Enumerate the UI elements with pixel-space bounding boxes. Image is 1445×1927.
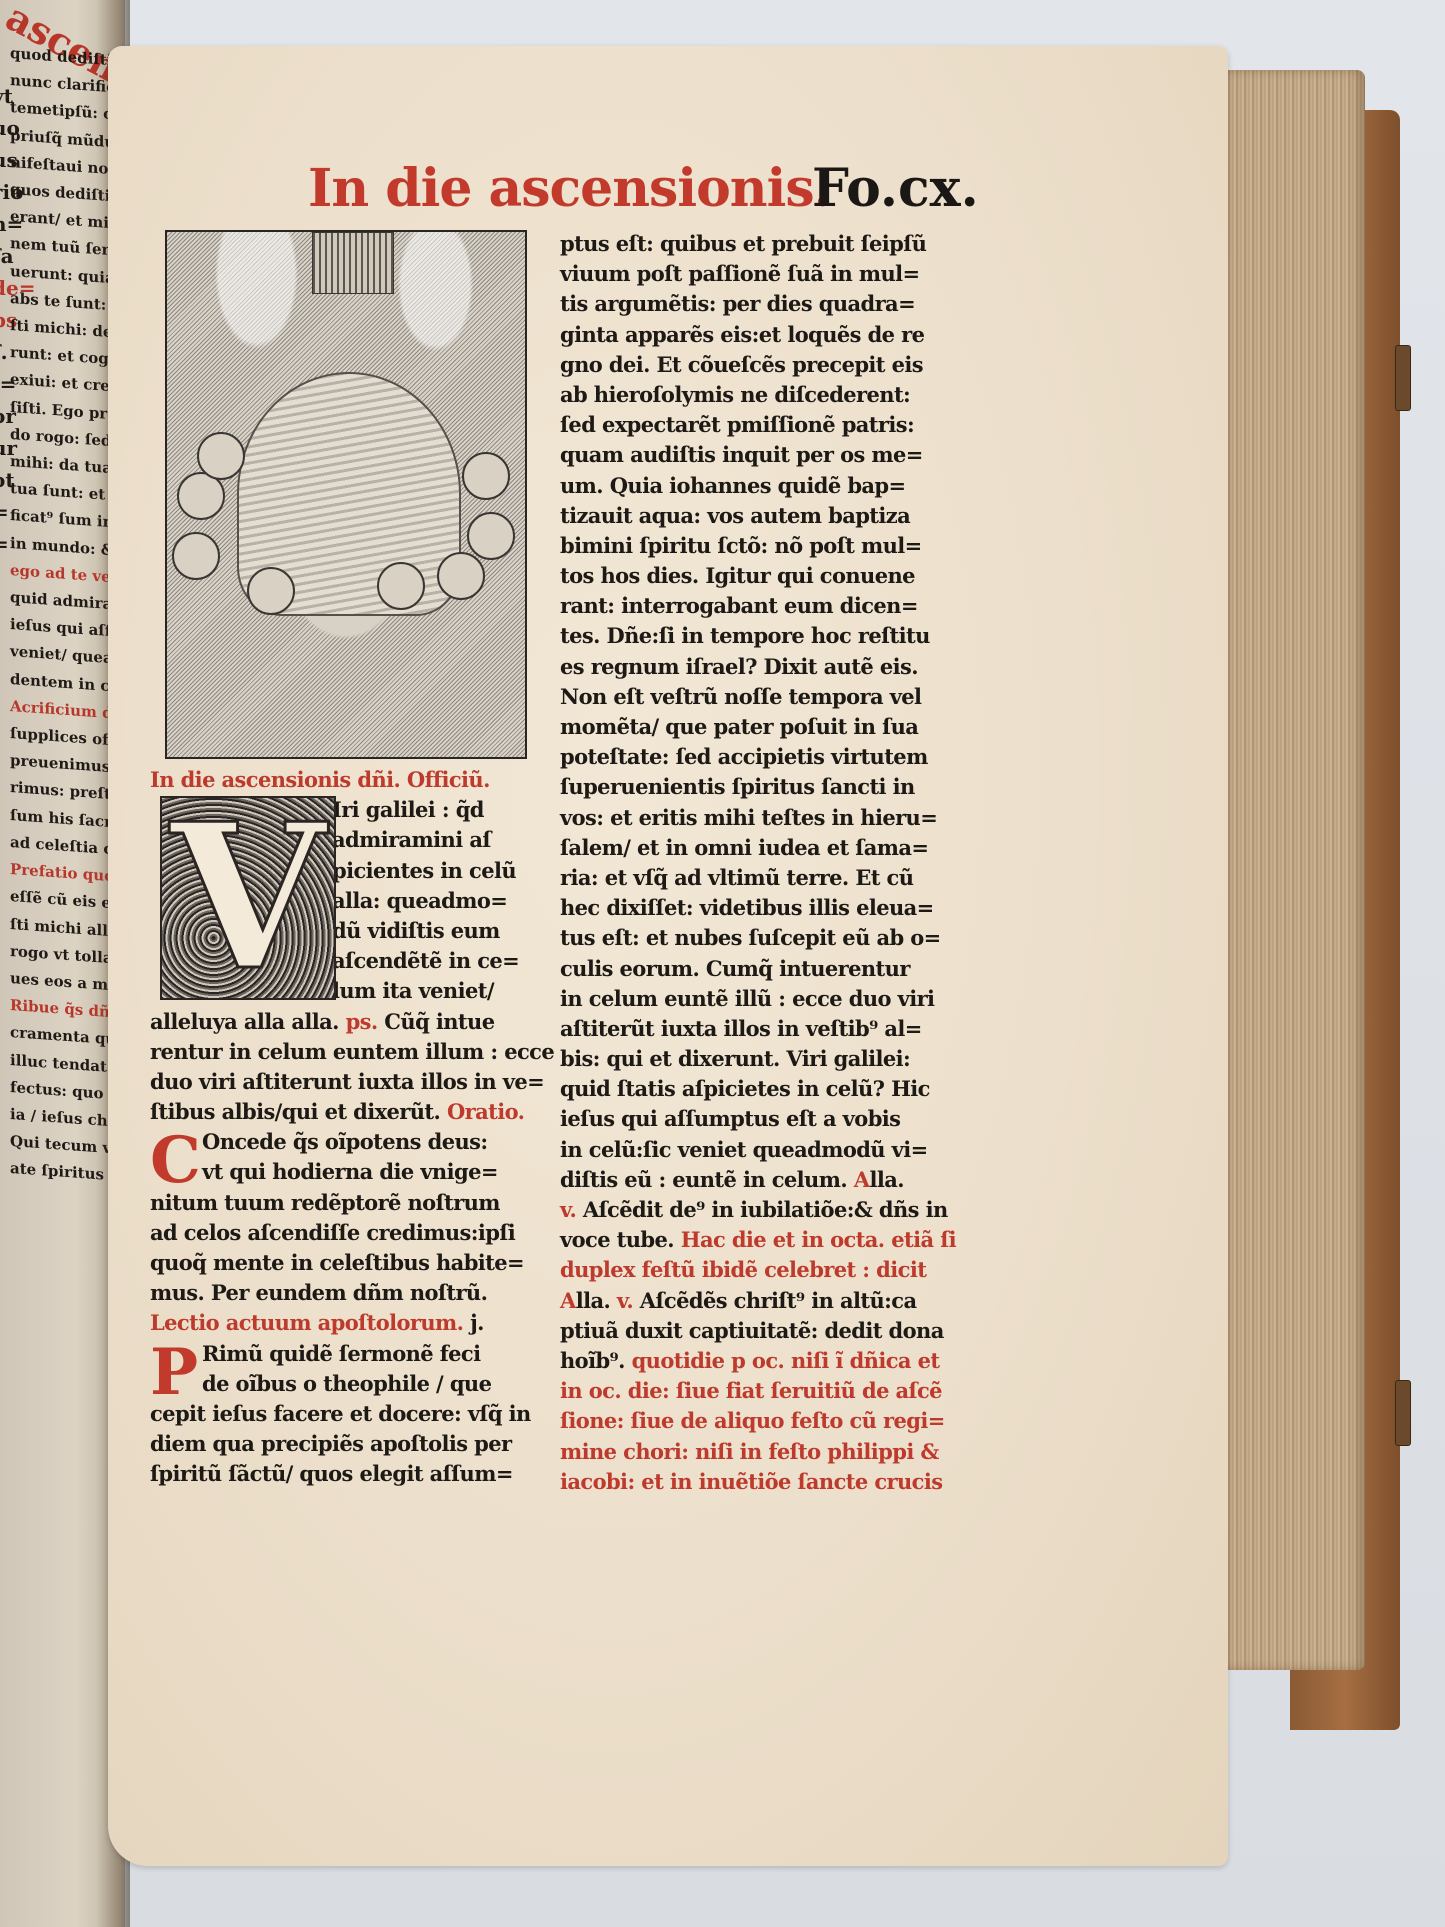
text-line: gno dei. Et cõueſcẽs precepit eis: [560, 350, 960, 380]
body-text: es regnum iſrael? Dixit autẽ eis.: [560, 654, 918, 679]
apostle-halo: [247, 567, 295, 615]
apostle-halo: [467, 512, 515, 560]
rubric-text: v.: [560, 1197, 576, 1222]
virgin-halo: [377, 562, 425, 610]
rubric-text: Hac die et in octa. etiã ſi: [681, 1227, 956, 1252]
text-line: viuum poſt paſſionẽ ſuã in mul=: [560, 259, 960, 289]
text-line: rentur in celum euntem illum : ecce: [150, 1037, 535, 1067]
body-text: dũ vidiſtis eum: [332, 918, 500, 943]
body-text: lla.: [576, 1288, 617, 1313]
body-text: viuum poſt paſſionẽ ſuã in mul=: [560, 261, 920, 286]
body-text: aſtiterũt iuxta illos in veſtib⁹ al=: [560, 1016, 922, 1041]
text-line: ab hieroſolymis ne diſcederent:: [560, 380, 960, 410]
fore-edge-page-block: [1215, 70, 1365, 1670]
text-line: aſtiterũt iuxta illos in veſtib⁹ al=: [560, 1014, 960, 1044]
text-line: iacobi: et in inuẽtiõe ſancte crucis: [560, 1467, 960, 1497]
rubric-text: Oratio.: [447, 1099, 524, 1124]
body-text: aſcendẽtẽ in ce=: [332, 948, 519, 973]
text-line: mus. Per eundem dñm noſtrũ.: [150, 1278, 535, 1308]
body-text: Aſcẽdit de⁹ in iubilatiõe:& dñs in: [576, 1197, 947, 1222]
body-text: mus. Per eundem dñm noſtrũ.: [150, 1280, 487, 1305]
text-line: ſed expectarẽt pmiſſionẽ patris:: [560, 410, 960, 440]
apostle-halo: [172, 532, 220, 580]
right-text-column: ptus eſt: quibus et prebuit ſeipſũviuum …: [560, 229, 960, 1497]
body-text: tes. Dñe:ſi in tempore hoc reſtitu: [560, 623, 930, 648]
body-text: Iri galilei : q̃d: [332, 797, 484, 822]
body-text: tis argumẽtis: per dies quadra=: [560, 291, 915, 316]
lombard-initial: C: [150, 1129, 200, 1193]
body-text: de oĩbus o theophile / que: [202, 1371, 491, 1396]
text-line: PRimũ quidẽ ſermonẽ feci: [150, 1339, 535, 1369]
body-text: cepit ieſus facere et docere: vſq̃ in: [150, 1401, 531, 1426]
text-line: tos hos dies. Igitur qui conuene: [560, 561, 960, 591]
text-line: diſtis eũ : euntẽ in celum. Alla.: [560, 1165, 960, 1195]
body-text: diem qua precipiẽs apoſtolis per: [150, 1431, 512, 1456]
text-line: tus eſt: et nubes ſuſcepit eũ ab o=: [560, 923, 960, 953]
text-line: COncede q̃s oĩpotens deus:: [150, 1127, 535, 1157]
text-line: duo viri aſtiterunt iuxta illos in ve=: [150, 1067, 535, 1097]
text-line: bimini ſpiritu ſctõ: nõ poſt mul=: [560, 531, 960, 561]
apostle-halo: [197, 432, 245, 480]
body-text: quoq̃ mente in celeſtibus habite=: [150, 1250, 524, 1275]
text-line: duplex feſtũ ibidẽ celebret : dicit: [560, 1255, 960, 1285]
rubric-text: A: [854, 1167, 870, 1192]
text-line: mine chori: niſi in feſto philippi &: [560, 1437, 960, 1467]
body-text: tus eſt: et nubes ſuſcepit eũ ab o=: [560, 925, 941, 950]
text-line: cepit ieſus facere et docere: vſq̃ in: [150, 1399, 535, 1429]
body-text: Cũq̃ intue: [378, 1009, 495, 1034]
body-text: poteſtate: ſed accipietis virtutem: [560, 744, 928, 769]
body-text: alla: queadmo=: [332, 888, 507, 913]
body-text: rant: interrogabant eum dicen=: [560, 593, 918, 618]
text-line: poteſtate: ſed accipietis virtutem: [560, 742, 960, 772]
text-line: nitum tuum redẽptorẽ noſtrum: [150, 1188, 535, 1218]
text-line: rant: interrogabant eum dicen=: [560, 591, 960, 621]
rubric-text: ſione: ſiue de aliquo feſto cũ regi=: [560, 1408, 945, 1433]
body-text: tos hos dies. Igitur qui conuene: [560, 563, 915, 588]
body-text: lla.: [869, 1167, 903, 1192]
body-text: duo viri aſtiterunt iuxta illos in ve=: [150, 1069, 544, 1094]
christ-feet-in-clouds: [312, 232, 394, 294]
body-text: ſuperuenientis ſpiritus ſancti in: [560, 774, 915, 799]
rubric-text: iacobi: et in inuẽtiõe ſancte crucis: [560, 1469, 942, 1494]
text-line: voce tube. Hac die et in octa. etiã ſi: [560, 1225, 960, 1255]
body-text: ſalem/ et in omni iudea et ſama=: [560, 835, 928, 860]
ascension-woodcut: [165, 230, 527, 759]
body-text: ab hieroſolymis ne diſcederent:: [560, 382, 910, 407]
body-text: nitum tuum redẽptorẽ noſtrum: [150, 1190, 500, 1215]
rubric-text: mine chori: niſi in feſto philippi &: [560, 1439, 939, 1464]
text-line: ptus eſt: quibus et prebuit ſeipſũ: [560, 229, 960, 259]
body-text: Oncede q̃s oĩpotens deus:: [202, 1129, 488, 1154]
text-line: Lectio actuum apoſtolorum. j.: [150, 1308, 535, 1338]
text-line: ſuperuenientis ſpiritus ſancti in: [560, 772, 960, 802]
body-text: vt qui hodierna die vnige=: [202, 1159, 498, 1184]
text-line: in celũ:ſic veniet queadmodũ vi=: [560, 1135, 960, 1165]
historiated-initial-v: V: [160, 796, 336, 1000]
text-line: quam audiſtis inquit per os me=: [560, 440, 960, 470]
body-text: quam audiſtis inquit per os me=: [560, 442, 923, 467]
text-line: ſalem/ et in omni iudea et ſama=: [560, 833, 960, 863]
body-text: Aſcẽdẽs chriſt⁹ in altũ:ca: [633, 1288, 916, 1313]
text-line: um. Quia iohannes quidẽ bap=: [560, 471, 960, 501]
text-line: ſione: ſiue de aliquo feſto cũ regi=: [560, 1406, 960, 1436]
body-text: vos: et eritis mihi teſtes in hieru=: [560, 805, 937, 830]
text-line: quid ſtatis aſpicietes in celũ? Hic: [560, 1074, 960, 1104]
body-text: ſed expectarẽt pmiſſionẽ patris:: [560, 412, 914, 437]
rubric-text: v.: [617, 1288, 633, 1313]
text-line: Alla. v. Aſcẽdẽs chriſt⁹ in altũ:ca: [560, 1286, 960, 1316]
lombard-initial: P: [150, 1341, 198, 1405]
text-line: ſpiritũ ſãctũ/ quos elegit aſſum=: [150, 1459, 535, 1489]
text-line: quoq̃ mente in celeſtibus habite=: [150, 1248, 535, 1278]
rubric-text: Lectio actuum apoſtolorum.: [150, 1310, 463, 1335]
text-line: hoĩb⁹. quotidie p oc. niſi ĩ dñica et: [560, 1346, 960, 1376]
text-line: vos: et eritis mihi teſtes in hieru=: [560, 803, 960, 833]
body-text: ptiuã duxit captiuitatẽ: dedit dona: [560, 1318, 944, 1343]
body-text: um. Quia iohannes quidẽ bap=: [560, 473, 906, 498]
body-text: ſtibus albis/qui et dixerũt.: [150, 1099, 447, 1124]
body-text: tizauit aqua: vos autem baptiza: [560, 503, 910, 528]
body-text: j.: [463, 1310, 483, 1335]
text-line: diem qua precipiẽs apoſtolis per: [150, 1429, 535, 1459]
rubric-text: in oc. die: ſiue fiat ſeruitiũ de aſcẽ: [560, 1378, 942, 1403]
body-text: Rimũ quidẽ ſermonẽ feci: [202, 1341, 481, 1366]
apostle-halo: [462, 452, 510, 500]
text-line: culis eorum. Cumq̃ intuerentur: [560, 954, 960, 984]
body-text: ieſus qui aſſumptus eſt a vobis: [560, 1106, 900, 1131]
body-text: Non eſt veſtrũ noſſe tempora vel: [560, 684, 921, 709]
body-text: ria: et vſq̃ ad vltimũ terre. Et cũ: [560, 865, 913, 890]
apostle-halo: [437, 552, 485, 600]
rubric-text: quotidie p oc. niſi ĩ dñica et: [632, 1348, 940, 1373]
text-line: ieſus qui aſſumptus eſt a vobis: [560, 1104, 960, 1134]
text-line: es regnum iſrael? Dixit autẽ eis.: [560, 652, 960, 682]
text-line: tes. Dñe:ſi in tempore hoc reſtitu: [560, 621, 960, 651]
body-text: culis eorum. Cumq̃ intuerentur: [560, 956, 910, 981]
text-line: ginta apparẽs eis:et loquẽs de re: [560, 320, 960, 350]
text-line: in oc. die: ſiue fiat ſeruitiũ de aſcẽ: [560, 1376, 960, 1406]
body-text: ad celos aſcendiſſe credimus:ipſi: [150, 1220, 515, 1245]
body-text: rentur in celum euntem illum : ecce: [150, 1039, 554, 1064]
rubric-text: A: [560, 1288, 576, 1313]
body-text: picientes in celũ: [332, 858, 516, 883]
body-text: bis: qui et dixerunt. Viri galilei:: [560, 1046, 910, 1071]
body-text: ptus eſt: quibus et prebuit ſeipſũ: [560, 231, 926, 256]
body-text: diſtis eũ : euntẽ in celum.: [560, 1167, 854, 1192]
text-line: momẽta/ que pater poſuit in ſua: [560, 712, 960, 742]
text-line: in celum euntẽ illũ : ecce duo viri: [560, 984, 960, 1014]
clasp-lower: [1395, 1380, 1411, 1446]
initial-letter: V: [170, 798, 325, 998]
body-text: admiramini aſ: [332, 827, 491, 852]
body-text: lum ita veniet/: [332, 978, 494, 1003]
rubric-text: ps.: [346, 1009, 378, 1034]
body-text: gno dei. Et cõueſcẽs precepit eis: [560, 352, 923, 377]
text-line: ptiuã duxit captiuitatẽ: dedit dona: [560, 1316, 960, 1346]
text-line: v. Aſcẽdit de⁹ in iubilatiõe:& dñs in: [560, 1195, 960, 1225]
body-text: momẽta/ que pater poſuit in ſua: [560, 714, 918, 739]
text-line: tizauit aqua: vos autem baptiza: [560, 501, 960, 531]
body-text: quid ſtatis aſpicietes in celũ? Hic: [560, 1076, 930, 1101]
body-text: hoĩb⁹.: [560, 1348, 632, 1373]
body-text: hec dixiſſet: videtibus illis eleua=: [560, 895, 934, 920]
running-title: In die ascensionis.: [308, 158, 831, 219]
text-line: ſtibus albis/qui et dixerũt. Oratio.: [150, 1097, 535, 1127]
body-text: bimini ſpiritu ſctõ: nõ poſt mul=: [560, 533, 922, 558]
text-line: tis argumẽtis: per dies quadra=: [560, 289, 960, 319]
body-text: in celum euntẽ illũ : ecce duo viri: [560, 986, 934, 1011]
text-line: ad celos aſcendiſſe credimus:ipſi: [150, 1218, 535, 1248]
body-text: voce tube.: [560, 1227, 681, 1252]
body-text: ginta apparẽs eis:et loquẽs de re: [560, 322, 924, 347]
body-text: ſpiritũ ſãctũ/ quos elegit aſſum=: [150, 1461, 513, 1486]
text-line: de oĩbus o theophile / que: [150, 1369, 535, 1399]
text-line: Non eſt veſtrũ noſſe tempora vel: [560, 682, 960, 712]
body-text: in celũ:ſic veniet queadmodũ vi=: [560, 1137, 928, 1162]
text-line: ria: et vſq̃ ad vltimũ terre. Et cũ: [560, 863, 960, 893]
folio-number: Fo.cx.: [812, 158, 979, 219]
clasp-upper: [1395, 345, 1411, 411]
text-line: hec dixiſſet: videtibus illis eleua=: [560, 893, 960, 923]
text-line: bis: qui et dixerunt. Viri galilei:: [560, 1044, 960, 1074]
rubric-text: duplex feſtũ ibidẽ celebret : dicit: [560, 1257, 926, 1282]
text-line: vt qui hodierna die vnige=: [150, 1157, 535, 1187]
